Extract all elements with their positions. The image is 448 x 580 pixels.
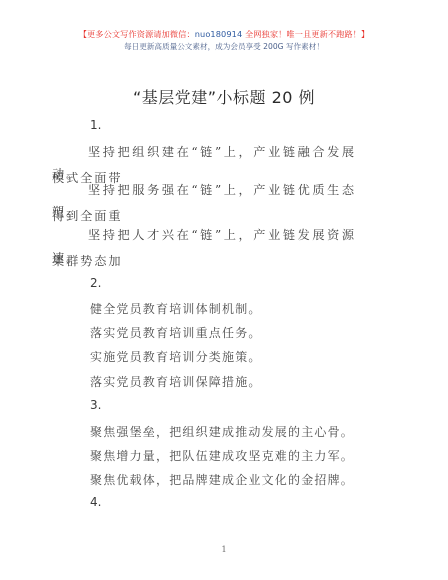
section-2-item-1: 健全党员教育培训体制机制。	[90, 300, 262, 317]
promo-banner-prefix: 【更多公文写作资源请加微信：	[79, 29, 195, 39]
section-1-paragraph-3-wrap: 速。	[52, 249, 80, 266]
section-1-paragraph-3: 坚持把人才兴在“链”上，产业链发展资源集群势态加	[52, 222, 356, 274]
section-1-paragraph-2-wrap: 塑。	[52, 203, 80, 220]
section-number-4: 4.	[90, 495, 101, 509]
section-3-item-2: 聚焦增力量，把队伍建成攻坚克难的主力军。	[90, 447, 354, 464]
wechat-id: nuo180914	[195, 29, 243, 39]
promo-banner-line1: 【更多公文写作资源请加微信：nuo180914 全网独家！唯一且更新不跑路！】	[0, 29, 448, 40]
section-3-item-3: 聚焦优载体，把品牌建成企业文化的金招牌。	[90, 471, 354, 488]
page-number: 1	[0, 545, 448, 554]
paragraph-line: 坚持把人才兴在“链”上，产业链发展资源集群势态加	[52, 222, 356, 274]
section-number-3: 3.	[90, 398, 101, 412]
document-title: “基层党建”小标题 20 例	[0, 85, 448, 108]
section-number-1: 1.	[90, 118, 101, 132]
section-2-item-4: 落实党员教育培训保障措施。	[90, 373, 262, 390]
section-2-item-2: 落实党员教育培训重点任务。	[90, 324, 262, 341]
section-3-item-1: 聚焦强堡垒，把组织建成推动发展的主心骨。	[90, 423, 354, 440]
section-2-item-3: 实施党员教育培训分类施策。	[90, 348, 262, 365]
section-number-2: 2.	[90, 276, 101, 290]
promo-banner-suffix: 全网独家！唯一且更新不跑路！】	[242, 29, 369, 39]
promo-banner-line2: 每日更新高质量公文素材，成为会员享受 200G 写作素材！	[0, 41, 448, 52]
